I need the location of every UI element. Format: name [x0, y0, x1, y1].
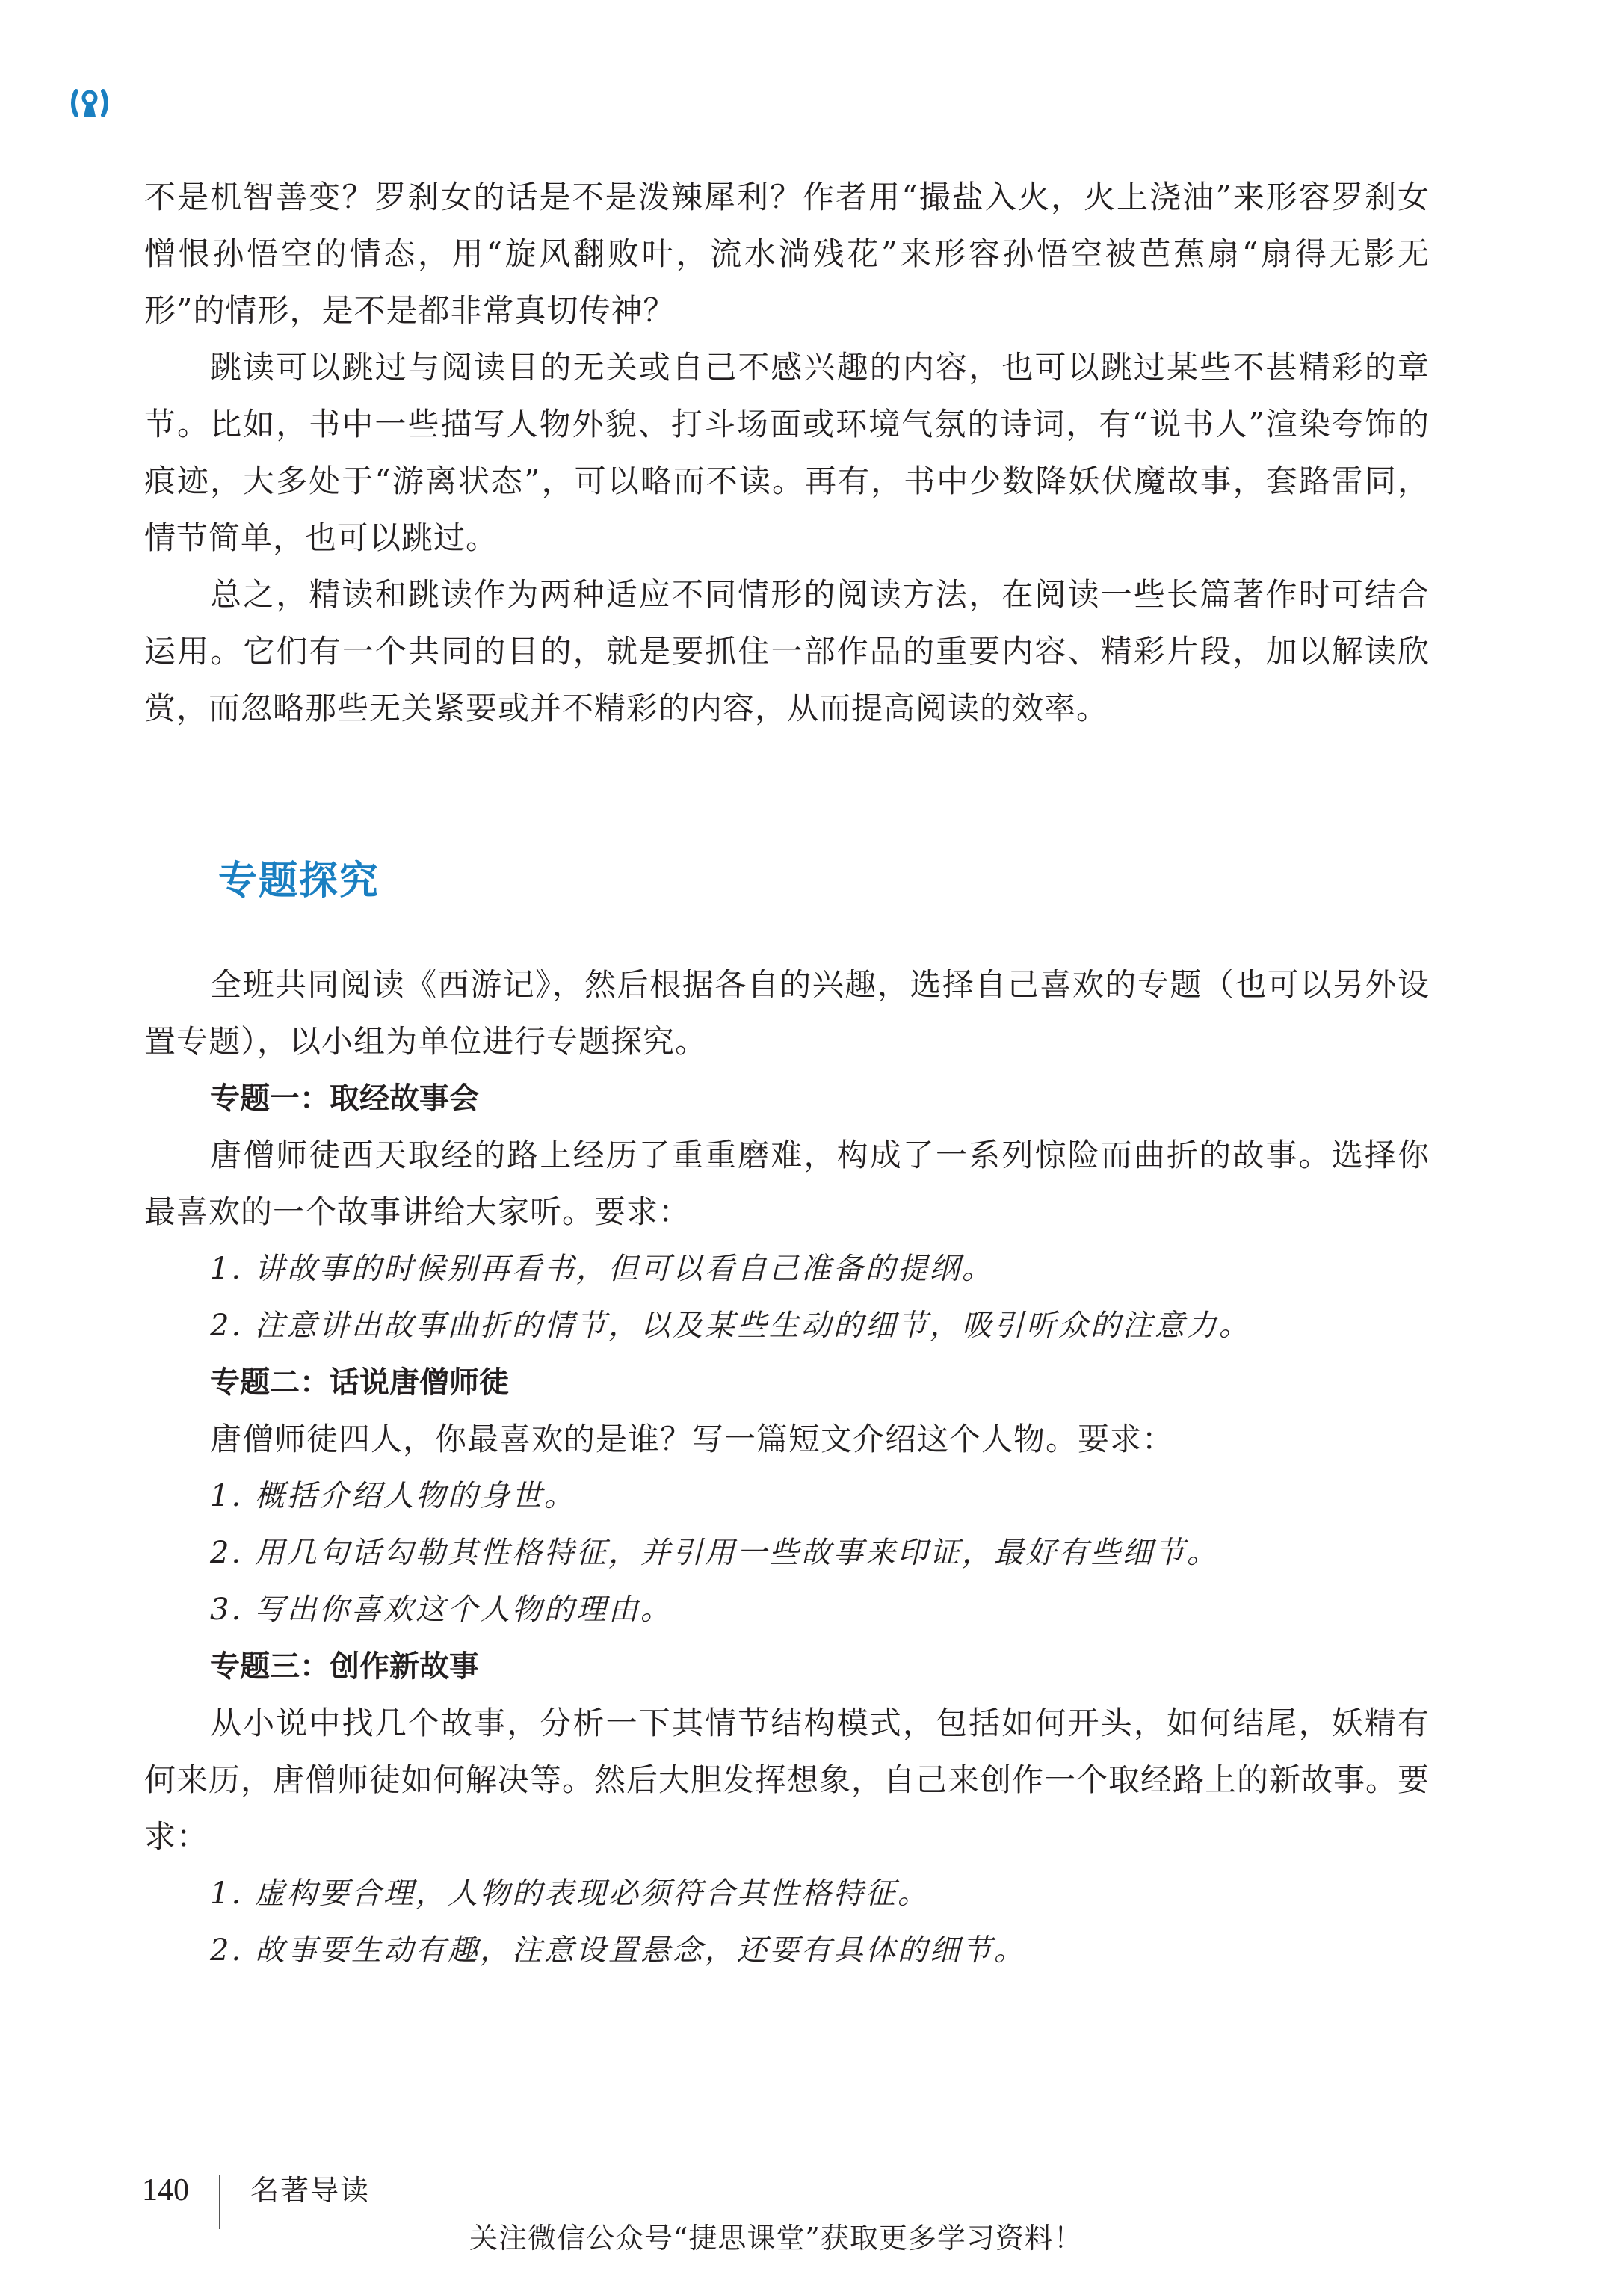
topic-3: 专题三：创作新故事 从小说中找几个故事，分析一下其情节结构模式，包括如何开头，如… — [144, 1638, 1430, 1979]
page-footer: 140 名著导读 — [142, 2171, 370, 2229]
requirement-item: 2. 用几句话勾勒其性格特征，并引用一些故事来印证，最好有些细节。 — [144, 1525, 1430, 1581]
requirement-item: 1. 概括介绍人物的身世。 — [144, 1468, 1430, 1525]
requirement-item: 2. 故事要生动有趣，注意设置悬念，还要有具体的细节。 — [144, 1922, 1430, 1979]
topic-heading: 专题一：取经故事会 — [144, 1070, 1430, 1127]
requirement-item: 1. 虚构要合理，人物的表现必须符合其性格特征。 — [144, 1865, 1430, 1922]
intro-text: 不是机智善变？罗刹女的话是不是泼辣犀利？作者用“撮盐入火，火上浇油”来形容罗刹女… — [144, 169, 1430, 737]
topic-heading: 专题二：话说唐僧师徒 — [144, 1354, 1430, 1411]
requirement-item: 2. 注意讲出故事曲折的情节，以及某些生动的细节，吸引听众的注意力。 — [144, 1297, 1430, 1354]
topic-description: 从小说中找几个故事，分析一下其情节结构模式，包括如何开头，如何结尾，妖精有何来历… — [144, 1695, 1430, 1865]
topic-heading: 专题三：创作新故事 — [144, 1638, 1430, 1695]
requirement-item: 3. 写出你喜欢这个人物的理由。 — [144, 1581, 1430, 1638]
paragraph-continuation: 不是机智善变？罗刹女的话是不是泼辣犀利？作者用“撮盐入火，火上浇油”来形容罗刹女… — [144, 169, 1430, 339]
book-section-title: 名著导读 — [250, 2171, 370, 2210]
requirement-item: 1. 讲故事的时候别再看书，但可以看自己准备的提纲。 — [144, 1241, 1430, 1297]
page-number: 140 — [142, 2171, 189, 2210]
paragraph-summary: 总之，精读和跳读作为两种适应不同情形的阅读方法，在阅读一些长篇著作时可结合运用。… — [144, 566, 1430, 737]
topic-1: 专题一：取经故事会 唐僧师徒西天取经的路上经历了重重磨难，构成了一系列惊险而曲折… — [144, 1070, 1430, 1354]
section-title: 专题探究 — [218, 849, 380, 905]
watermark-notice: 关注微信公众号“捷思课堂”获取更多学习资料！ — [469, 2220, 1083, 2257]
reading-broadcast-icon — [69, 87, 111, 120]
topic-description: 唐僧师徒四人，你最喜欢的是谁？写一篇短文介绍这个人物。要求： — [144, 1411, 1430, 1468]
topic-2: 专题二：话说唐僧师徒 唐僧师徒四人，你最喜欢的是谁？写一篇短文介绍这个人物。要求… — [144, 1354, 1430, 1638]
footer-divider — [219, 2175, 220, 2229]
paragraph-skim-reading: 跳读可以跳过与阅读目的无关或自己不感兴趣的内容，也可以跳过某些不甚精彩的章节。比… — [144, 339, 1430, 566]
section-intro: 全班共同阅读《西游记》，然后根据各自的兴趣，选择自己喜欢的专题（也可以另外设置专… — [144, 957, 1430, 1070]
topic-description: 唐僧师徒西天取经的路上经历了重重磨难，构成了一系列惊险而曲折的故事。选择你最喜欢… — [144, 1127, 1430, 1241]
section-body: 全班共同阅读《西游记》，然后根据各自的兴趣，选择自己喜欢的专题（也可以另外设置专… — [144, 957, 1430, 1979]
